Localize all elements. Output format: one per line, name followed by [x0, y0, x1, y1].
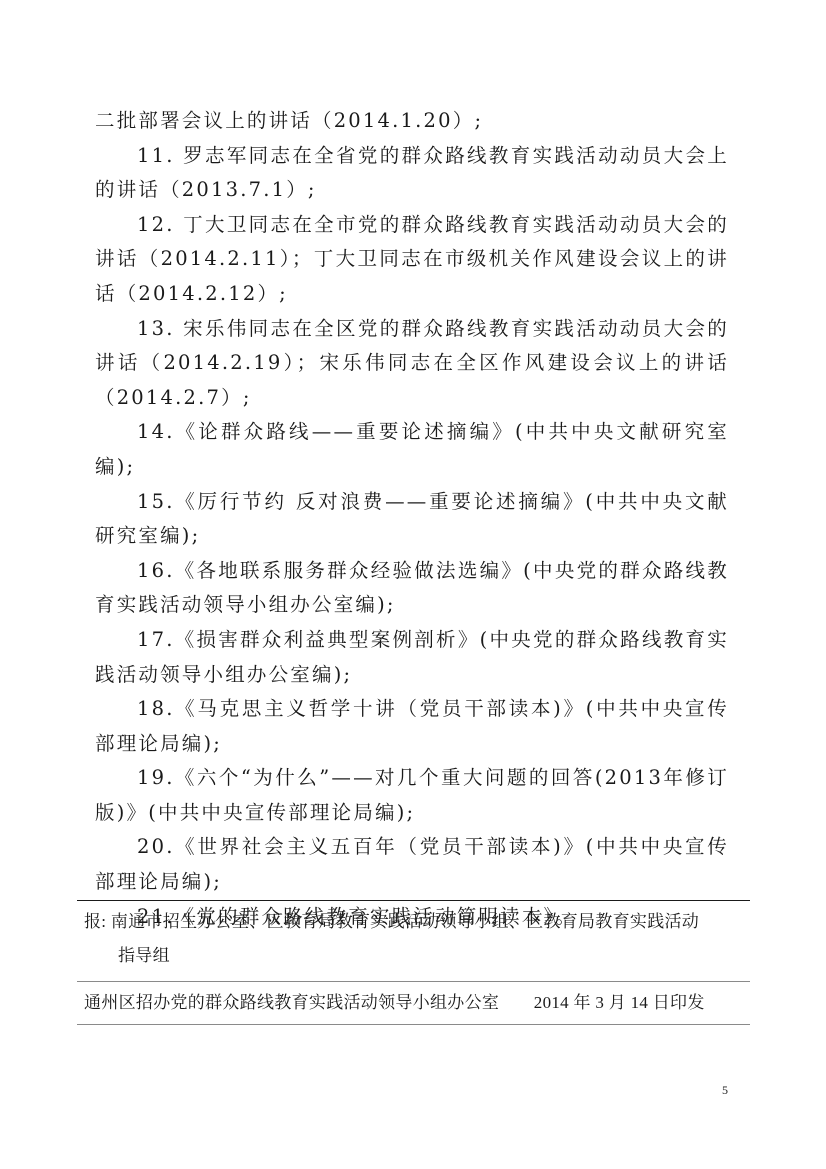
reference-item-20: 20.《世界社会主义五百年（党员干部读本)》(中共中央宣传部理论局编);: [95, 830, 729, 899]
issuer-name: 通州区招办党的群众路线教育实践活动领导小组办公室: [84, 993, 499, 1012]
report-targets-continuation: 指导组: [84, 939, 724, 973]
report-label: 报:: [84, 912, 106, 931]
report-targets: 南通市招生办公室、区教育局教育实践活动领导小组、区教育局教育实践活动: [111, 912, 699, 931]
issue-date: 2014 年 3 月 14 日印发: [534, 993, 705, 1012]
reference-item-11: 11. 罗志军同志在全省党的群众路线教育实践活动动员大会上的讲话（2013.7.…: [95, 139, 729, 208]
report-to-block: 报: 南通市招生办公室、区教育局教育实践活动领导小组、区教育局教育实践活动 指导…: [84, 905, 724, 973]
page-number: 5: [722, 1083, 728, 1098]
reference-item-14: 14.《论群众路线——重要论述摘编》(中共中央文献研究室编);: [95, 415, 729, 484]
document-body: 二批部署会议上的讲话（2014.1.20）; 11. 罗志军同志在全省党的群众路…: [95, 104, 729, 934]
footer-top-divider: [77, 900, 750, 901]
reference-item-15: 15.《厉行节约 反对浪费——重要论述摘编》(中共中央文献研究室编);: [95, 485, 729, 554]
reference-item-17: 17.《损害群众利益典型案例剖析》(中央党的群众路线教育实践活动领导小组办公室编…: [95, 623, 729, 692]
reference-item-16: 16.《各地联系服务群众经验做法选编》(中央党的群众路线教育实践活动领导小组办公…: [95, 554, 729, 623]
footer-middle-divider: [77, 981, 750, 982]
paragraph-continuation: 二批部署会议上的讲话（2014.1.20）;: [95, 104, 729, 139]
reference-item-18: 18.《马克思主义哲学十讲（党员干部读本)》(中共中央宣传部理论局编);: [95, 692, 729, 761]
reference-item-13: 13. 宋乐伟同志在全区党的群众路线教育实践活动动员大会的讲话（2014.2.1…: [95, 312, 729, 416]
footer-bottom-divider: [77, 1024, 750, 1025]
reference-item-19: 19.《六个“为什么”——对几个重大问题的回答(2013年修订版)》(中共中央宣…: [95, 761, 729, 830]
document-page: 二批部署会议上的讲话（2014.1.20）; 11. 罗志军同志在全省党的群众路…: [0, 0, 826, 1169]
reference-item-12: 12. 丁大卫同志在全市党的群众路线教育实践活动动员大会的讲话（2014.2.1…: [95, 208, 729, 312]
issuer-block: 通州区招办党的群众路线教育实践活动领导小组办公室 2014 年 3 月 14 日…: [84, 988, 744, 1018]
